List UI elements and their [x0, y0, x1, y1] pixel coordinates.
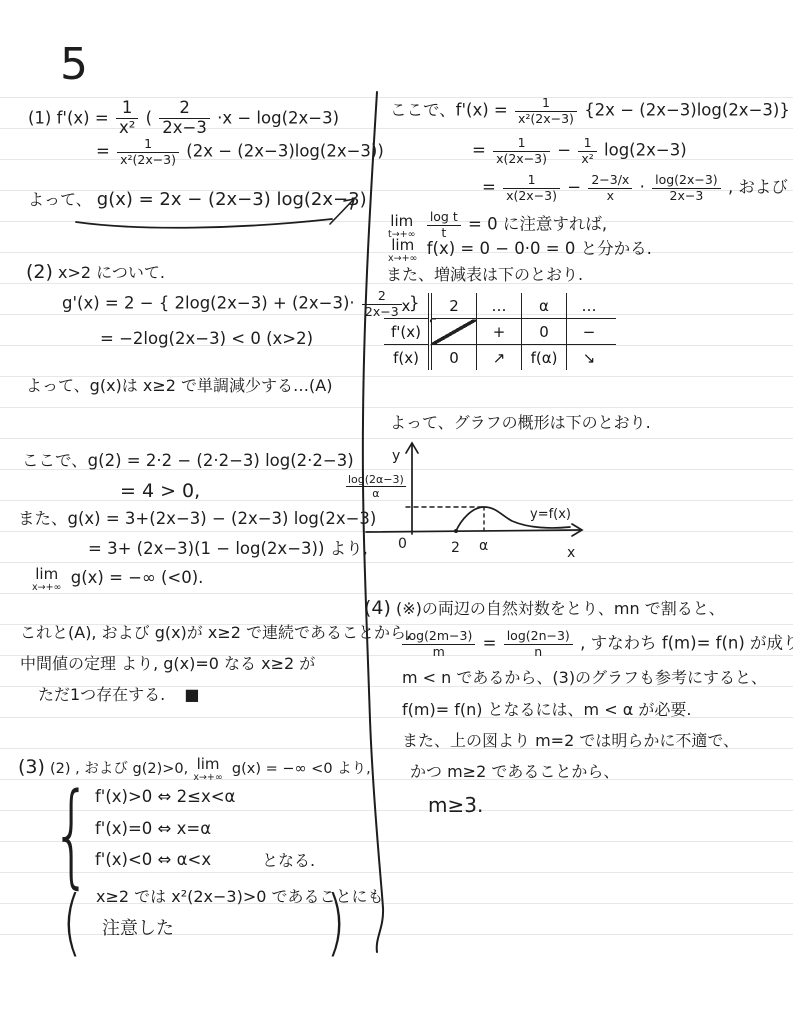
frac-den: x — [588, 188, 632, 203]
frac-num: log(2n−3) — [504, 630, 573, 644]
frac-num: log(2x−3) — [652, 174, 721, 188]
x-axis — [366, 530, 580, 532]
fraction-2-minus-3x-over-x: 2−3/xx — [588, 174, 632, 202]
frac-den: x(2x−3) — [493, 151, 550, 166]
part4-line5: また、上の図より m=2 では明らかに不適で、 — [402, 732, 739, 750]
part4-answer: m≥3. — [428, 794, 483, 817]
dot: · — [640, 178, 645, 197]
table-cell-up-arrow: ↗ — [477, 345, 522, 371]
part4-label: (4) — [364, 597, 391, 619]
x-axis-arrow — [572, 524, 582, 536]
part2-l1-pre: g'(x) = 2 − { 2log(2x−3) + (2x−3)· — [62, 294, 355, 313]
part1-line1: (1) f'(x) = 1x² ( 22x−3 ·x − log(2x−3) — [28, 100, 339, 136]
note-paren-open: ( — [62, 880, 82, 964]
part1-line2: = 1x²(2x−3) (2x − (2x−3)log(2x−3)) — [96, 138, 384, 166]
lim-word: lim — [388, 214, 416, 229]
fraction-log2n-3-over-n: log(2n−3)n — [504, 630, 573, 658]
part4-line3: m < n であるから、(3)のグラフも参考にすると、 — [402, 669, 767, 687]
ivt-line3: ただ1つ存在する. ■ — [38, 686, 200, 704]
lim-word: lim — [388, 238, 417, 253]
part4-l1-text: (※)の両辺の自然対数をとり、mn で割ると、 — [396, 599, 725, 618]
part3-case3: f'(x)<0 ⇔ α<x — [95, 851, 211, 870]
fraction-1-over-x-2x-3: 1x(2x−3) — [503, 174, 560, 202]
table-cell-alpha: α — [522, 293, 567, 319]
deriv-l4-post: = 0 に注意すれば, — [468, 215, 607, 234]
lim-subscript: x→+∞ — [32, 583, 61, 593]
frac-den: m — [402, 644, 475, 659]
part4-l2-post: , すなわち f(m)= f(n) が成り立つ. — [580, 634, 793, 653]
table-header-row: x 2 … α … — [384, 293, 616, 319]
lim-subscript: x→+∞ — [193, 773, 222, 783]
equals: = — [96, 142, 110, 161]
notebook-page: 5 (1) f'(x) = 1x² ( 22x−3 ·x − log(2x−3)… — [0, 0, 793, 1024]
equals: = — [482, 178, 496, 197]
part2-head-text: x>2 について. — [58, 263, 165, 282]
part3-case2: f'(x)=0 ⇔ x=α — [95, 820, 211, 839]
limit-post: f(x) = 0 − 0·0 = 0 と分かる. — [427, 239, 652, 258]
frac-num: 1 — [503, 174, 560, 188]
frac-den: 2x−3 — [159, 118, 210, 137]
part1-label: (1) — [28, 109, 51, 128]
fraction-log-over-2x-3: log(2x−3)2x−3 — [652, 174, 721, 202]
part2-line1: g'(x) = 2 − { 2log(2x−3) + (2x−3)· 22x−3… — [62, 290, 419, 318]
equals: = — [483, 634, 497, 653]
g-formula: g(x) = 2x − (2x−3) log(2x−3) — [97, 189, 367, 210]
table-intro: また、増減表は下のとおり. — [386, 266, 583, 284]
frac-num: log t — [427, 211, 461, 225]
deriv-line1: ここで、f'(x) = 1x²(2x−3) {2x − (2x−3)log(2x… — [390, 97, 790, 125]
table-cell-dots: … — [567, 293, 617, 319]
frac-num: 1 — [493, 137, 550, 151]
table-cell-fprime-label: f'(x) — [384, 319, 430, 345]
y-axis-label: y — [392, 448, 400, 464]
conclusion-g-definition: よって、 g(x) = 2x − (2x−3) log(2x−3) — [28, 190, 367, 211]
table-cell-f-zero: 0 — [430, 345, 477, 371]
yotte-label: よって、 — [28, 190, 92, 209]
lim-word: lim — [193, 757, 222, 772]
table-cell-minus: − — [567, 319, 617, 345]
graph-ymax-fraction: log(2α−3)α — [346, 474, 406, 499]
part4-line2: log(2m−3)m = log(2n−3)n , すなわち f(m)= f(n… — [400, 630, 793, 658]
increase-decrease-table: x 2 … α … f'(x) + 0 − f(x) 0 ↗ f(α) ↘ — [384, 293, 616, 370]
lim-subscript: x→+∞ — [388, 254, 417, 264]
part4-line6: かつ m≥2 であることから、 — [410, 763, 619, 781]
graph-canvas: y x 0 2 α y=f(x) — [348, 434, 610, 574]
mid-line5: limx→+∞ g(x) = −∞ (<0). — [32, 567, 203, 593]
frac-num: log(2α−3) — [346, 474, 406, 486]
frac-den: x² — [116, 118, 138, 137]
frac-den: t — [427, 225, 461, 240]
fraction-logt-over-t: log tt — [427, 211, 461, 239]
part2-head: (2) x>2 について. — [26, 262, 165, 284]
deriv-l1-post: {2x − (2x−3)log(2x−3)} — [584, 101, 790, 120]
point-x2 — [454, 529, 458, 533]
part1-l1-pre: f'(x) = — [57, 109, 109, 128]
mid-line1: ここで、g(2) = 2·2 − (2·2−3) log(2·2−3) — [22, 452, 354, 471]
lim-word: lim — [32, 567, 61, 582]
mid-line2: = 4 > 0, — [120, 481, 200, 503]
fraction-1-over-x2: 1x² — [116, 100, 138, 136]
part1-l1-post: ·x − log(2x−3) — [217, 109, 339, 128]
table-cell-f-alpha: f(α) — [522, 345, 567, 371]
part2-label: (2) — [26, 261, 53, 283]
fraction-1-over-x2: 1x² — [578, 137, 596, 165]
deriv-l3-post: , および — [728, 178, 788, 197]
function-sketch-graph: y x 0 2 α y=f(x) log(2α−3)α — [348, 434, 610, 574]
x-axis-label: x — [567, 545, 575, 561]
fraction-1-over-x2-2x-3: 1x²(2x−3) — [515, 97, 577, 125]
mid-l5-post: g(x) = −∞ (<0). — [71, 568, 204, 587]
part2-conclusion: よって、g(x)は x≥2 で単調減少する…(A) — [26, 377, 332, 395]
frac-num: 1 — [515, 97, 577, 111]
origin-label: 0 — [398, 536, 407, 552]
deriv-line3: = 1x(2x−3) − 2−3/xx · log(2x−3)2x−3 , およ… — [482, 174, 788, 202]
graph-intro: よって、グラフの概形は下のとおり. — [390, 414, 651, 432]
fraction-1-over-x2-2x-3: 1x²(2x−3) — [117, 138, 179, 166]
frac-num: 2−3/x — [588, 174, 632, 188]
table-cell-down-arrow: ↘ — [567, 345, 617, 371]
frac-den: x²(2x−3) — [515, 111, 577, 126]
part3-naru: となる. — [262, 852, 315, 870]
frac-num: 2 — [159, 100, 210, 118]
qed-box: ■ — [184, 685, 199, 704]
limit-notation: limx→+∞ — [193, 757, 222, 783]
frac-num: 1 — [116, 100, 138, 118]
table-f-row: f(x) 0 ↗ f(α) ↘ — [384, 345, 616, 371]
deriv-line4: limt→+∞ log tt = 0 に注意すれば, — [388, 211, 607, 239]
table-cell-x: x — [384, 293, 430, 319]
minus: − — [557, 141, 571, 160]
table-cell-dots: … — [477, 293, 522, 319]
curve-label: y=f(x) — [530, 507, 571, 522]
limit-notation: limx→+∞ — [32, 567, 61, 593]
part1-l1-open: ( — [146, 109, 152, 128]
frac-num: log(2m−3) — [402, 630, 475, 644]
frac-den: n — [504, 644, 573, 659]
limit-line: limx→+∞ f(x) = 0 − 0·0 = 0 と分かる. — [388, 238, 652, 264]
frac-den: x²(2x−3) — [117, 152, 179, 167]
part4-line4: f(m)= f(n) となるには、m < α が必要. — [402, 701, 691, 719]
frac-den: x² — [578, 151, 596, 166]
tick-alpha-label: α — [479, 538, 488, 554]
deriv-line2: = 1x(2x−3) − 1x² log(2x−3) — [472, 137, 687, 165]
tick-2-label: 2 — [451, 540, 460, 556]
table-cell-2: 2 — [430, 293, 477, 319]
ivt-l3-text: ただ1つ存在する. — [38, 685, 165, 704]
part3-head-post: g(x) = −∞ <0 より, — [232, 761, 371, 777]
limit-notation: limx→+∞ — [388, 238, 417, 264]
table-cell-slash — [430, 319, 477, 345]
fraction-log2m-3-over-m: log(2m−3)m — [402, 630, 475, 658]
fraction-2-over-2x-3: 22x−3 — [159, 100, 210, 136]
table-cell-zero: 0 — [522, 319, 567, 345]
note-paren-close: ) — [326, 880, 346, 964]
table-cell-plus: + — [477, 319, 522, 345]
fraction-1-over-x-2x-3: 1x(2x−3) — [493, 137, 550, 165]
deriv-l1-pre: ここで、f'(x) = — [390, 101, 508, 120]
mid-line3: また、g(x) = 3+(2x−3) − (2x−3) log(2x−3) — [18, 510, 376, 529]
frac-num: 1 — [117, 138, 179, 152]
curve-y-equals-fx — [456, 507, 570, 531]
ivt-line2: 中間値の定理 より, g(x)=0 なる x≥2 が — [20, 655, 315, 673]
frac-num: 1 — [578, 137, 596, 151]
part2-line2: = −2log(2x−3) < 0 (x>2) — [100, 330, 313, 349]
frac-den: 2x−3 — [652, 188, 721, 203]
equals: = — [472, 141, 486, 160]
part1-l2-post: (2x − (2x−3)log(2x−3)) — [186, 142, 384, 161]
mid-line4: = 3+ (2x−3)(1 − log(2x−3)) より, — [88, 540, 368, 559]
y-axis-arrow — [406, 443, 418, 453]
problem-number: 5 — [60, 40, 88, 91]
frac-den: x(2x−3) — [503, 188, 560, 203]
part3-case1: f'(x)>0 ⇔ 2≤x<α — [95, 788, 235, 807]
deriv-l2-post: log(2x−3) — [604, 141, 687, 160]
part3-label: (3) — [18, 756, 45, 778]
frac-den: α — [346, 486, 406, 499]
part3-note2: 注意した — [102, 919, 174, 940]
part4-line1: (4) (※)の両辺の自然対数をとり、mn で割ると、 — [364, 598, 725, 620]
table-cell-f-label: f(x) — [384, 345, 430, 371]
minus: − — [567, 178, 581, 197]
ivt-line1: これと(A), および g(x)が x≥2 で連続であることから, — [20, 624, 411, 642]
table-fprime-row: f'(x) + 0 − — [384, 319, 616, 345]
